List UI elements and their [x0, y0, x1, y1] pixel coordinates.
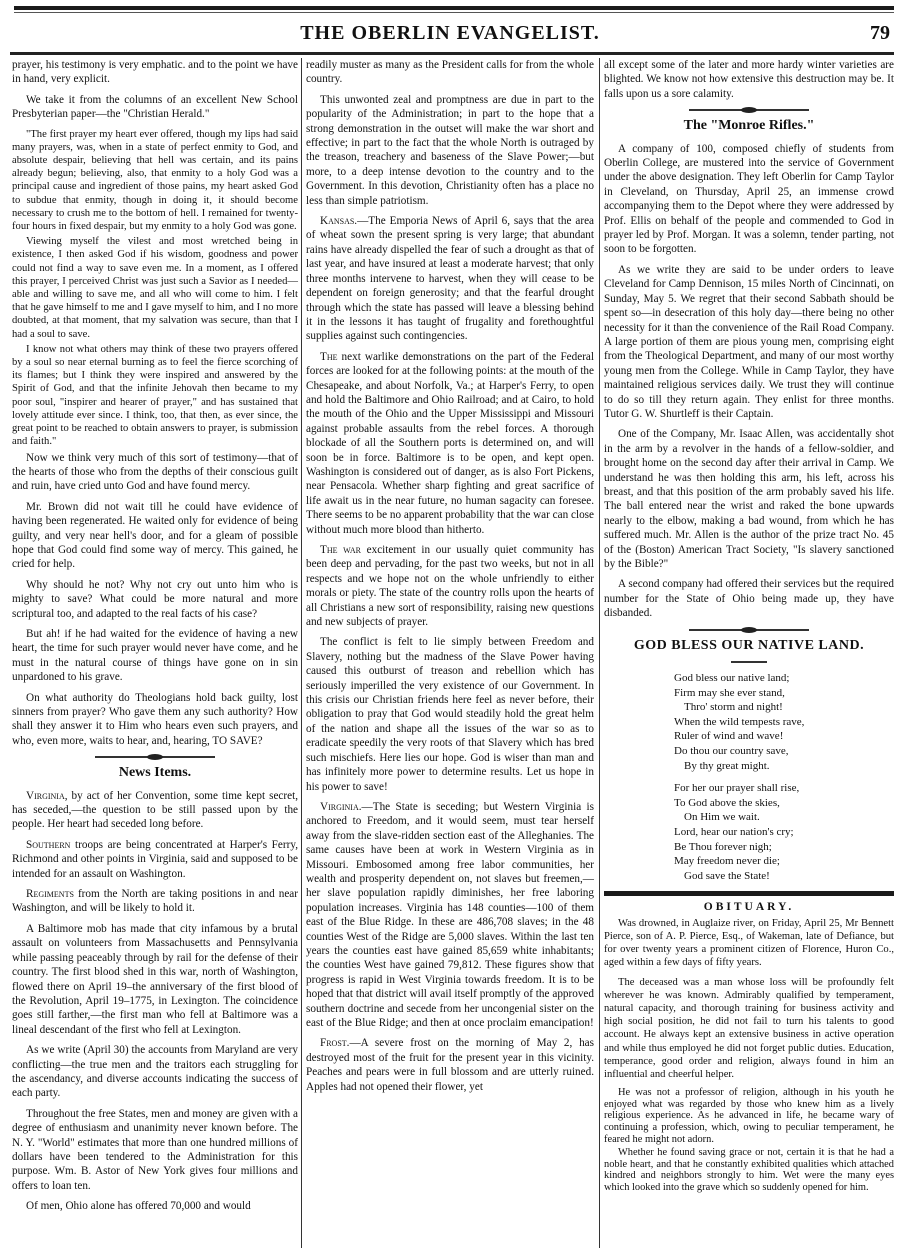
paragraph: On what authority do Theologians hold ba… — [12, 691, 298, 749]
news-text: next warlike demonstrations on the part … — [306, 351, 594, 536]
lead-word: Regiments — [26, 888, 74, 900]
news-item: Of men, Ohio alone has offered 70,000 an… — [12, 1199, 298, 1213]
paragraph: This unwonted zeal and promptness are du… — [306, 93, 594, 208]
news-text: excitement in our usually quiet communit… — [306, 544, 594, 628]
poem-line: To God above the skies, — [674, 796, 894, 811]
ornamental-divider — [95, 756, 215, 758]
news-item: Virginia, by act of her Convention, some… — [12, 789, 298, 832]
lead-word: Virginia. — [320, 801, 362, 813]
column-rule — [301, 58, 302, 1248]
masthead-rule — [10, 52, 894, 55]
news-item: The next warlike demonstrations on the p… — [306, 350, 594, 537]
lead-word: The war — [320, 544, 361, 556]
ornamental-divider — [689, 629, 809, 631]
news-item: Kansas.—The Emporia News of April 6, say… — [306, 214, 594, 344]
poem-line: Do thou our country save, — [674, 744, 894, 759]
poem-line: Lord, hear our nation's cry; — [674, 825, 894, 840]
section-heading-monroe-rifles: The "Monroe Rifles." — [604, 119, 894, 133]
poem-line: Firm may she ever stand, — [674, 686, 894, 701]
news-item: Throughout the free States, men and mone… — [12, 1107, 298, 1193]
paragraph: But ah! if he had waited for the evidenc… — [12, 627, 298, 685]
short-rule — [731, 661, 767, 663]
poem-stanza-1: God bless our native land; Firm may she … — [674, 671, 894, 773]
news-text: —A severe frost on the morning of May 2,… — [306, 1037, 594, 1092]
column-2: readily muster as many as the President … — [306, 58, 594, 1100]
news-item: Frost.—A severe frost on the morning of … — [306, 1036, 594, 1094]
poem: God bless our native land; Firm may she … — [674, 671, 894, 883]
news-item: Southern troops are being concentrated a… — [12, 838, 298, 881]
poem-line: God save the State! — [674, 869, 894, 884]
lead-word: The — [320, 351, 338, 363]
paragraph: The conflict is felt to lie simply betwe… — [306, 635, 594, 793]
paragraph: prayer, his testimony is very emphatic. … — [12, 58, 298, 87]
column-rule — [599, 58, 600, 1248]
quotation: "The first prayer my heart ever offered,… — [12, 128, 298, 234]
paragraph: Mr. Brown did not wait till he could hav… — [12, 500, 298, 572]
poem-line: May freedom never die; — [674, 854, 894, 869]
section-heading-news-items: News Items. — [12, 766, 298, 780]
poem-line: Ruler of wind and wave! — [674, 729, 894, 744]
lead-word: Frost. — [320, 1037, 349, 1049]
news-item: Regiments from the North are taking posi… — [12, 887, 298, 916]
column-3: all except some of the later and more ha… — [604, 58, 894, 1196]
paragraph: Now we think very much of this sort of t… — [12, 451, 298, 494]
column-1: prayer, his testimony is very emphatic. … — [12, 58, 298, 1220]
poem-line: Thro' storm and night! — [674, 700, 894, 715]
top-rule — [14, 6, 894, 10]
obituary-paragraph: He was not a professor of religion, alth… — [604, 1087, 894, 1145]
paragraph: all except some of the later and more ha… — [604, 58, 894, 101]
quotation: I know not what others may think of thes… — [12, 343, 298, 449]
lead-word: Southern — [26, 839, 70, 851]
paragraph: Why should he not? Why not cry out unto … — [12, 578, 298, 621]
quotation: Viewing myself the vilest and most wretc… — [12, 235, 298, 341]
lead-word: Kansas. — [320, 215, 357, 227]
news-item: A Baltimore mob has made that city infam… — [12, 922, 298, 1037]
poem-line: God bless our native land; — [674, 671, 894, 686]
section-rule — [604, 891, 894, 896]
ornamental-divider — [689, 109, 809, 111]
top-rule-thin — [14, 12, 894, 13]
poem-line: By thy great might. — [674, 759, 894, 774]
poem-line: On Him we wait. — [674, 810, 894, 825]
news-item: The war excitement in our usually quiet … — [306, 543, 594, 629]
page-number: 79 — [870, 22, 890, 45]
news-text: —The State is seceding; but Western Virg… — [306, 801, 594, 1029]
obituary-paragraph: Was drowned, in Auglaize river, on Frida… — [604, 917, 894, 970]
paragraph: As we write they are said to be under or… — [604, 263, 894, 421]
obituary-heading: OBITUARY. — [604, 900, 894, 914]
poem-line: When the wild tempests rave, — [674, 715, 894, 730]
paragraph: We take it from the columns of an excell… — [12, 93, 298, 122]
paragraph: A second company had offered their servi… — [604, 577, 894, 620]
newspaper-title: THE OBERLIN EVANGELIST. — [0, 22, 900, 45]
obituary-paragraph: The deceased was a man whose loss will b… — [604, 976, 894, 1082]
poem-stanza-2: For her our prayer shall rise, To God ab… — [674, 781, 894, 883]
news-item: Virginia.—The State is seceding; but Wes… — [306, 800, 594, 1031]
paragraph: One of the Company, Mr. Isaac Allen, was… — [604, 427, 894, 571]
news-text: —The Emporia News of April 6, says that … — [306, 215, 594, 342]
lead-word: Virginia, — [26, 790, 68, 802]
poem-title: GOD BLESS OUR NATIVE LAND. — [604, 639, 894, 653]
poem-line: Be Thou forever nigh; — [674, 840, 894, 855]
paragraph: A company of 100, composed chiefly of st… — [604, 142, 894, 257]
poem-line: For her our prayer shall rise, — [674, 781, 894, 796]
news-item: As we write (April 30) the accounts from… — [12, 1043, 298, 1101]
obituary-paragraph: Whether he found saving grace or not, ce… — [604, 1147, 894, 1193]
masthead: THE OBERLIN EVANGELIST. 79 — [0, 20, 900, 50]
paragraph: readily muster as many as the President … — [306, 58, 594, 87]
